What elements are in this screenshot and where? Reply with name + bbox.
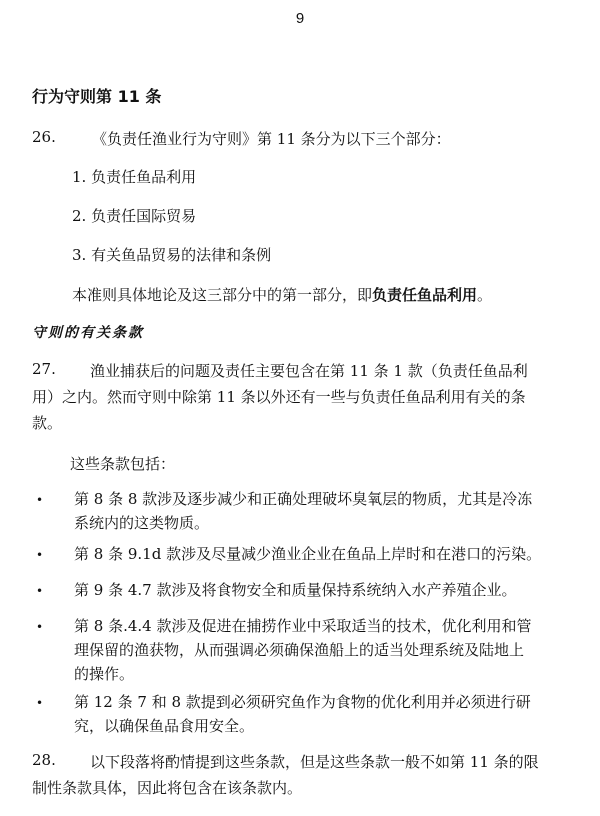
paragraph-26-text: 《负责任渔业行为守则》第 11 条分为以下三个部分： [92, 128, 451, 149]
bullet-1-line-2: 系统内的这类物质。 [74, 512, 209, 533]
page-number: 9 [0, 10, 600, 27]
bullet-4-line-3: 的操作。 [74, 663, 134, 684]
summary-text: 本准则具体地论及这三部分中的第一部分，即 [72, 286, 372, 304]
subsection-heading: 守则的有关条款 [32, 322, 144, 342]
paragraph-number-28: 28. [32, 751, 56, 769]
bullet-icon: • [36, 584, 43, 598]
list-item-1: 1. 负责任鱼品利用 [72, 166, 196, 187]
bullet-5-line-2: 究，以确保鱼品食用安全。 [74, 715, 254, 736]
list-item-2: 2. 负责任国际贸易 [72, 205, 196, 226]
paragraph-27-line-3: 款。 [32, 412, 62, 433]
paragraph-26-summary: 本准则具体地论及这三部分中的第一部分，即负责任鱼品利用。 [72, 284, 492, 305]
bullet-icon: • [36, 620, 43, 634]
bullet-4-line-2: 理保留的渔获物，从而强调必须确保渔船上的适当处理系统及陆地上 [74, 639, 524, 660]
paragraph-27-line-1: 渔业捕获后的问题及责任主要包含在第 11 条 1 款（负责任鱼品利 [90, 360, 570, 381]
bullet-2-line-1: 第 8 条 9.1d 款涉及尽量减少渔业企业在鱼品上岸时和在港口的污染。 [74, 543, 541, 564]
summary-end: 。 [477, 286, 492, 304]
paragraph-number-26: 26. [32, 128, 56, 146]
bullet-icon: • [36, 493, 43, 507]
bullet-1-line-1: 第 8 条 8 款涉及逐步减少和正确处理破坏臭氧层的物质，尤其是冷冻 [74, 488, 532, 509]
paragraph-28-line-2: 制性条款具体，因此将包含在该条款内。 [32, 777, 302, 798]
bullet-icon: • [36, 696, 43, 710]
paragraph-27-line-2: 用）之内。然而守则中除第 11 条以外还有一些与负责任鱼品利用有关的条 [32, 386, 526, 407]
bullet-3-line-1: 第 9 条 4.7 款涉及将食物安全和质量保持系统纳入水产养殖企业。 [74, 579, 516, 600]
list-item-3: 3. 有关鱼品贸易的法律和条例 [72, 244, 271, 265]
summary-emphasis: 负责任鱼品利用 [372, 286, 477, 304]
paragraph-28-line-1: 以下段落将酌情提到这些条款，但是这些条款一般不如第 11 条的限 [90, 751, 539, 772]
bullet-5-line-1: 第 12 条 7 和 8 款提到必须研究鱼作为食物的优化利用并必须进行研 [74, 691, 531, 712]
bullet-icon: • [36, 548, 43, 562]
paragraph-number-27: 27. [32, 360, 56, 378]
section-heading: 行为守则第 11 条 [32, 84, 161, 107]
bullet-4-line-1: 第 8 条.4.4 款涉及促进在捕捞作业中采取适当的技术，优化利用和管 [74, 615, 531, 636]
paragraph-27-intro: 这些条款包括： [70, 453, 175, 474]
